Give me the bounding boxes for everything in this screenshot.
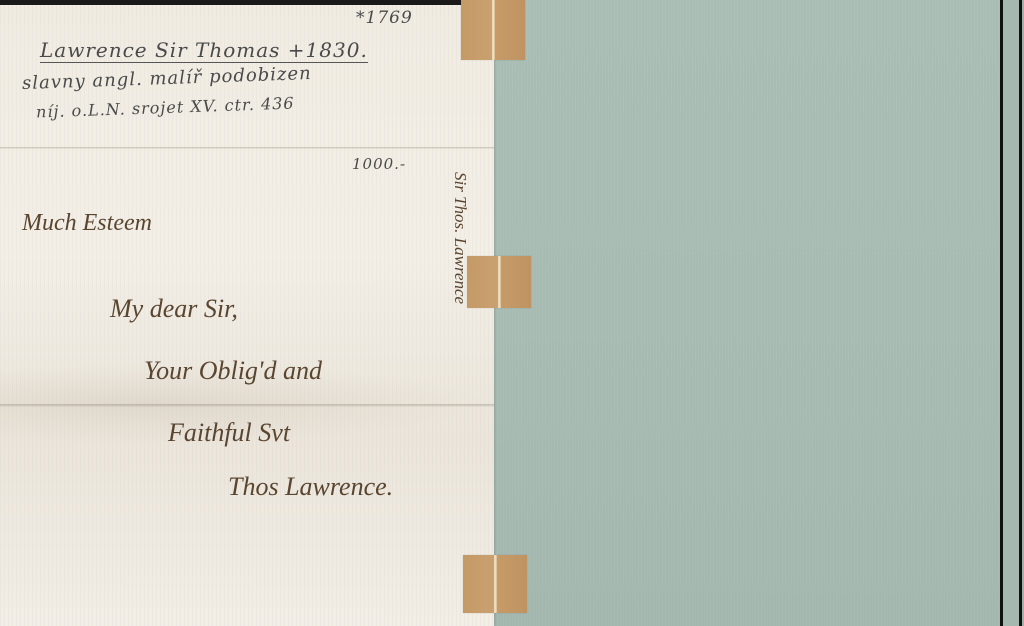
frame-line-outer: [1019, 0, 1022, 626]
scan-top-edge: [0, 0, 480, 5]
paper-fold-upper: [0, 147, 494, 149]
hinge-tape-middle: [467, 256, 531, 308]
letter-closing-line2: Faithful Svt: [168, 418, 290, 448]
letter-salutation: My dear Sir,: [110, 294, 238, 324]
letter-closing-line1: Your Oblig'd and: [144, 356, 322, 386]
frame-gap: [1003, 0, 1019, 626]
archival-price: 1000.-: [352, 155, 406, 173]
mount-board: [494, 0, 1000, 626]
letter-opening: Much Esteem: [22, 210, 152, 237]
letter-signature: Thos Lawrence.: [228, 472, 393, 502]
hinge-tape-bottom: [463, 555, 527, 613]
scanned-document: *1769 Lawrence Sir Thomas +1830. slavny …: [0, 0, 1024, 626]
letter-paper: *1769 Lawrence Sir Thomas +1830. slavny …: [0, 4, 494, 626]
archival-note-line3: níj. o.L.N. srojet XV. ctr. 436: [36, 93, 295, 121]
archival-note-name: Lawrence Sir Thomas +1830.: [40, 38, 368, 63]
archival-birth-year: *1769: [356, 8, 413, 28]
archival-note-line2: slavny angl. malíř podobizen: [22, 63, 312, 94]
hinge-tape-top: [461, 0, 525, 60]
paper-fold-lower: [0, 404, 494, 407]
archival-note-line1: Lawrence Sir Thomas +1830.: [40, 38, 368, 62]
